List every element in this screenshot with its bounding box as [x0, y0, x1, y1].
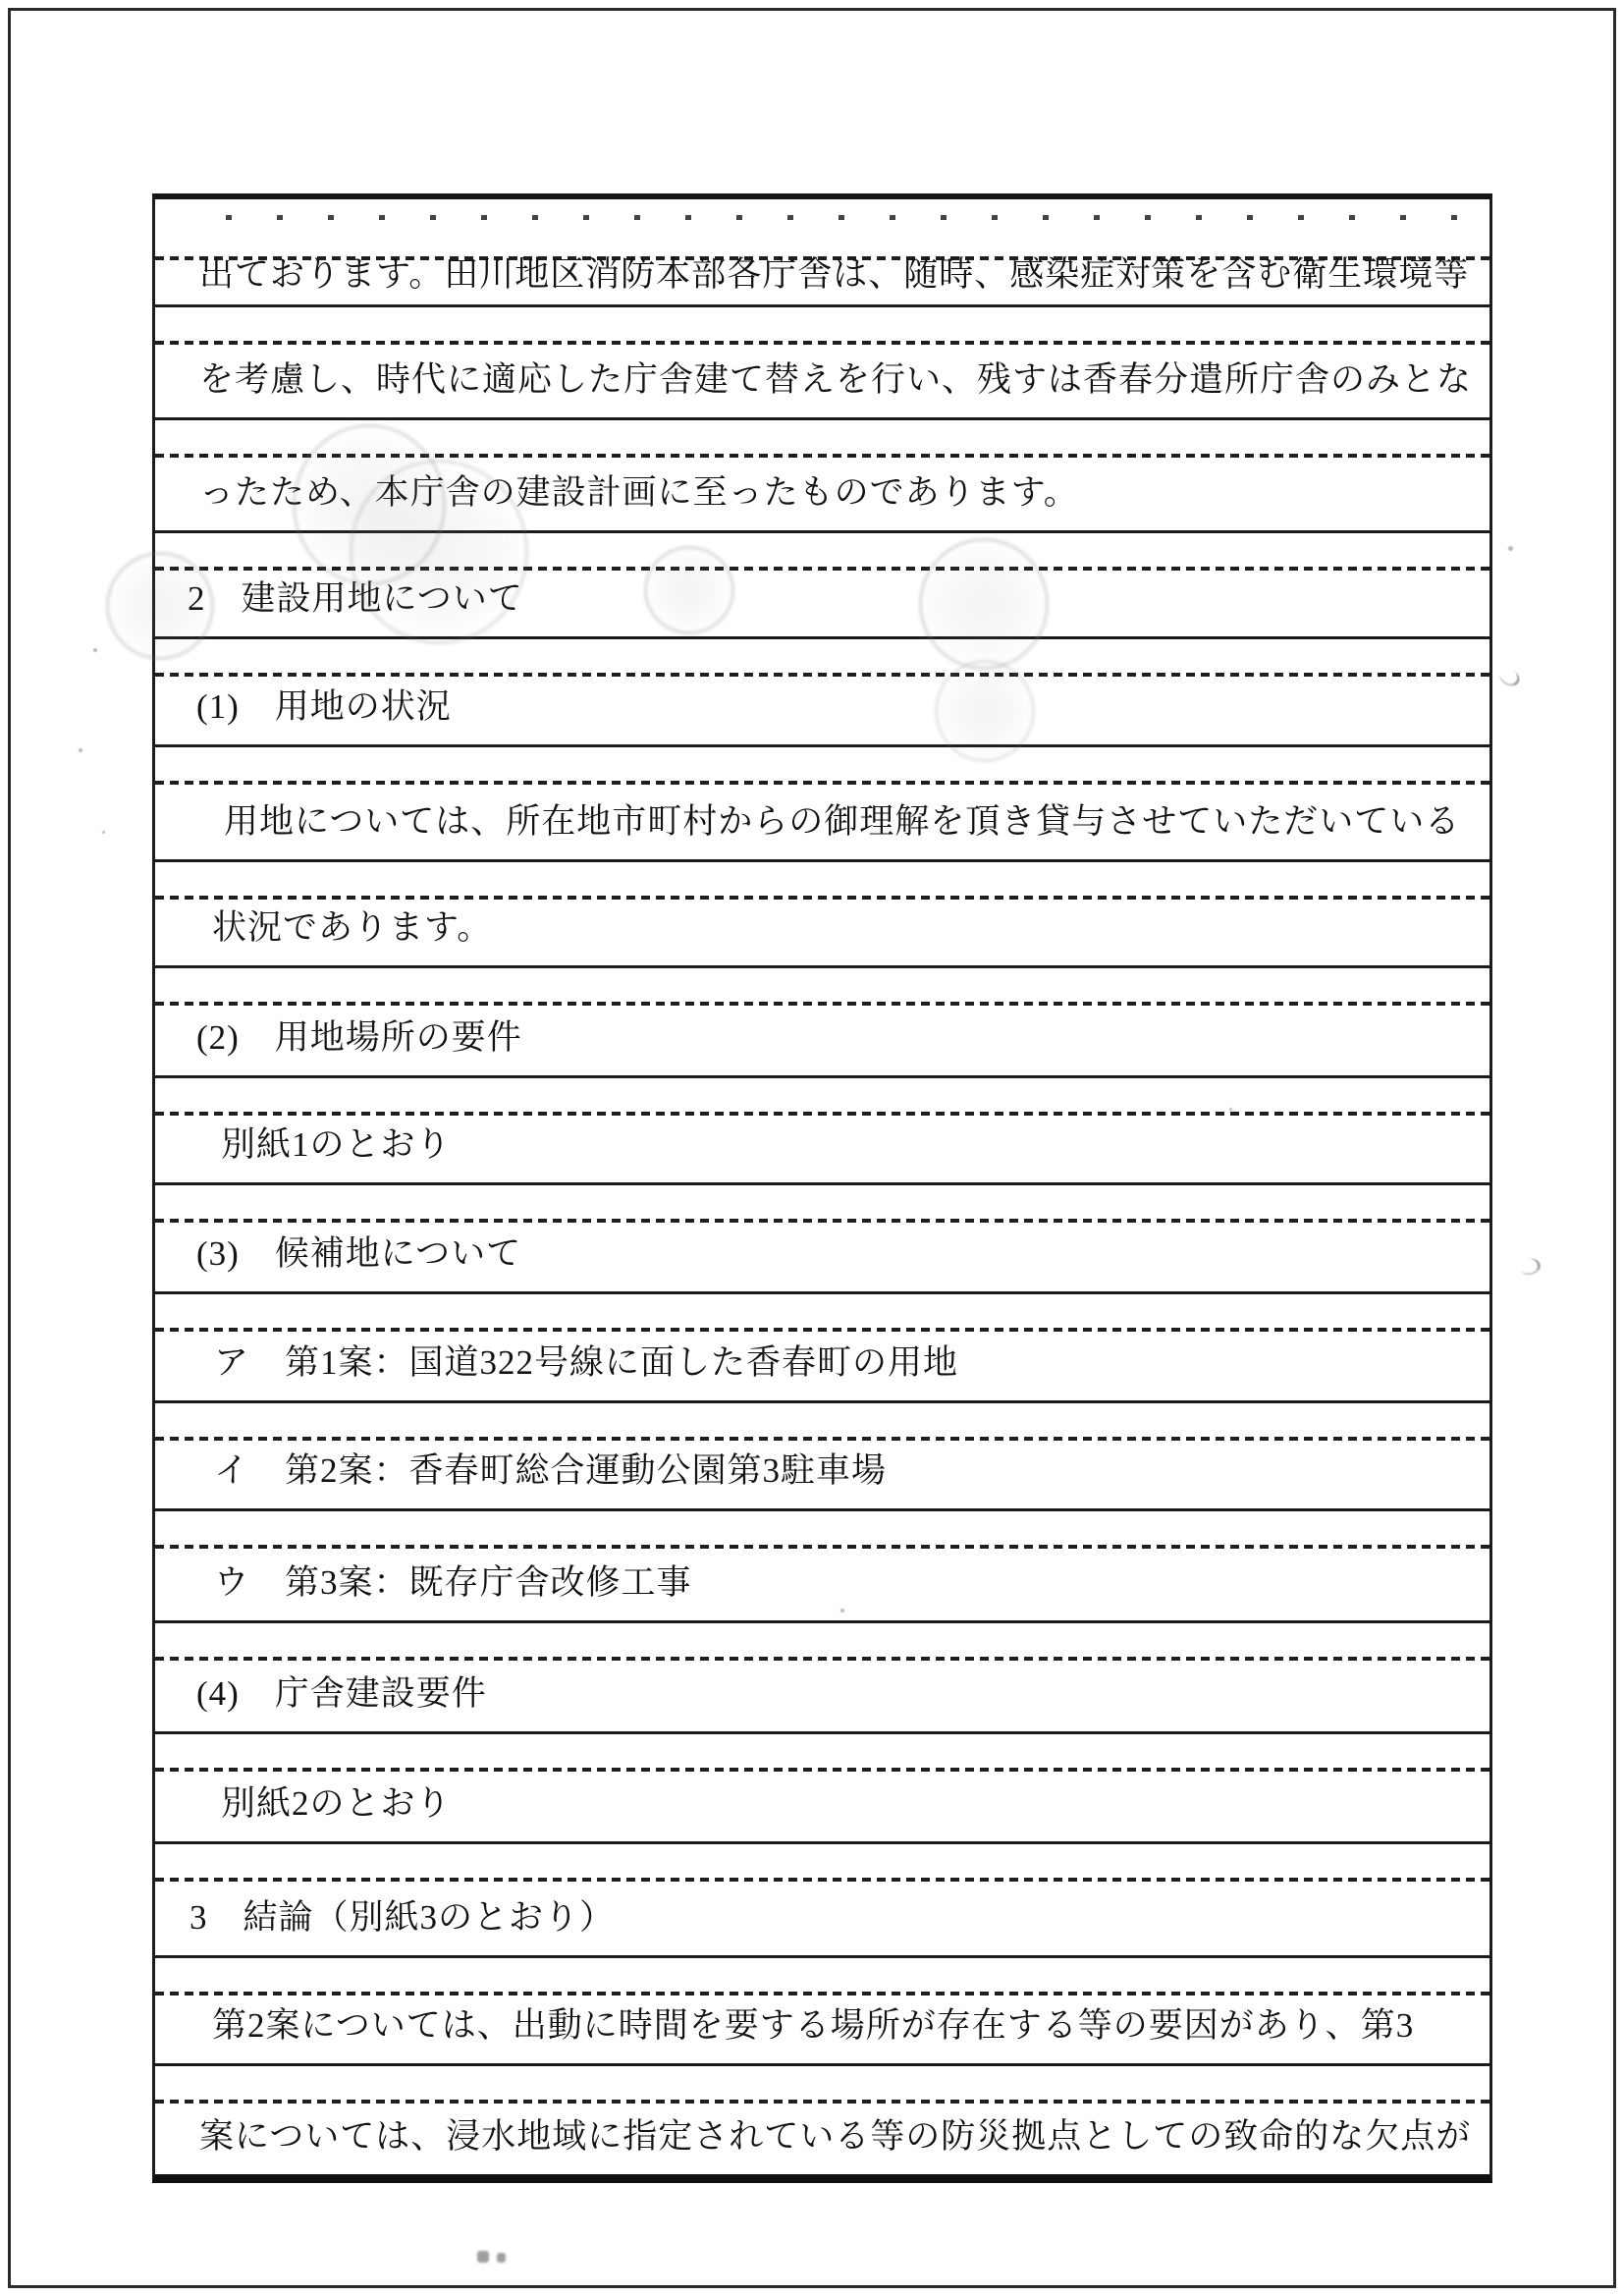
dashed-guide-line: [155, 1768, 1489, 1772]
dashed-guide-line: [155, 1112, 1489, 1116]
ruled-row: 用地については、所在地市町村からの御理解を頂き貸与させていただいている: [155, 747, 1489, 862]
ruled-row: ったため、本庁舎の建設計画に至ったものであります。: [155, 420, 1489, 533]
document-line: 第2案については、出動に時間を要する場所が存在する等の要因があり、第3: [212, 1998, 1414, 2048]
document-line: ったため、本庁舎の建設計画に至ったものであります。: [199, 465, 1079, 515]
scan-speck: [79, 748, 82, 752]
ruled-row: 第2案については、出動に時間を要する場所が存在する等の要因があり、第3: [155, 1958, 1489, 2066]
dashed-guide-line: [155, 1002, 1489, 1006]
dashed-guide-line: [155, 1878, 1489, 1882]
dashed-guide-line: [155, 1328, 1489, 1332]
ruled-row: 案については、浸水地域に指定されている等の防災拠点としての致命的な欠点が: [155, 2066, 1489, 2174]
document-line: 用地については、所在地市町村からの御理解を頂き貸与させていただいている: [224, 794, 1460, 844]
dashed-guide-line: [155, 1219, 1489, 1223]
ruled-row: 2 建設用地について: [155, 533, 1489, 639]
document-line: ウ 第3案：既存庁舎改修工事: [214, 1556, 692, 1605]
scan-mark: [1497, 666, 1523, 688]
dashed-guide-line: [155, 454, 1489, 458]
ruled-row: (1) 用地の状況: [155, 639, 1489, 747]
document-line: (4) 庁舎建設要件: [196, 1667, 487, 1716]
ruled-row: 別紙1のとおり: [155, 1078, 1489, 1185]
dashed-guide-line: [155, 673, 1489, 677]
ruled-row: 別紙2のとおり: [155, 1734, 1489, 1844]
document-frame: 出ております。田川地区消防本部各庁舎は、随時、感染症対策を含む衛生環境等を考慮し…: [152, 193, 1492, 2183]
document-line: 別紙1のとおり: [221, 1118, 452, 1167]
document-line: (2) 用地場所の要件: [196, 1011, 522, 1060]
ruled-row: 状況であります。: [155, 862, 1489, 968]
document-line: 出ております。田川地区消防本部各庁舎は、随時、感染症対策を含む衛生環境等: [199, 247, 1469, 297]
ruled-row: (2) 用地場所の要件: [155, 968, 1489, 1078]
document-line: を考慮し、時代に適応した庁舎建て替えを行い、残すは香春分遣所庁舎のみとな: [199, 353, 1472, 402]
dashed-guide-line: [155, 1657, 1489, 1661]
document-line: イ 第2案：香春町総合運動公園第3駐車場: [214, 1444, 887, 1493]
ruled-row: 出ております。田川地区消防本部各庁舎は、随時、感染症対策を含む衛生環境等: [155, 199, 1489, 307]
scan-speck: [93, 648, 97, 652]
dashed-guide-line: [155, 1992, 1489, 1995]
ruled-row: ア 第1案：国道322号線に面した香春町の用地: [155, 1294, 1489, 1403]
ruled-row: 3 結論（別紙3のとおり）: [155, 1844, 1489, 1958]
scan-speck: [102, 831, 105, 834]
document-line: ア 第1案：国道322号線に面した香春町の用地: [214, 1336, 958, 1385]
ruled-row: (3) 候補地について: [155, 1185, 1489, 1294]
tick-guide-line: [226, 215, 1472, 220]
dashed-guide-line: [155, 2100, 1489, 2104]
document-line: (3) 候補地について: [196, 1227, 521, 1276]
dashed-guide-line: [155, 1437, 1489, 1441]
document-line: 2 建設用地について: [188, 572, 523, 621]
dashed-guide-line: [155, 896, 1489, 900]
dashed-guide-line: [155, 341, 1489, 345]
ruled-row: ウ 第3案：既存庁舎改修工事: [155, 1511, 1489, 1623]
document-line: 状況であります。: [212, 901, 492, 950]
dashed-guide-line: [155, 567, 1489, 571]
ruled-row: を考慮し、時代に適応した庁舎建て替えを行い、残すは香春分遣所庁舎のみとな: [155, 307, 1489, 420]
document-line: 案については、浸水地域に指定されている等の防災拠点としての致命的な欠点が: [199, 2109, 1471, 2159]
dashed-guide-line: [155, 781, 1489, 785]
scan-mark: [1518, 1257, 1542, 1278]
dashed-guide-line: [155, 1545, 1489, 1549]
ruled-row: イ 第2案：香春町総合運動公園第3駐車場: [155, 1403, 1489, 1511]
document-line: (1) 用地の状況: [196, 680, 452, 729]
footer-smudge: [497, 2253, 506, 2263]
document-line: 3 結論（別紙3のとおり）: [189, 1890, 615, 1940]
footer-smudge: [477, 2251, 489, 2263]
document-line: 別紙2のとおり: [221, 1777, 452, 1826]
ruled-row: (4) 庁舎建設要件: [155, 1623, 1489, 1734]
scan-speck: [1508, 546, 1513, 551]
